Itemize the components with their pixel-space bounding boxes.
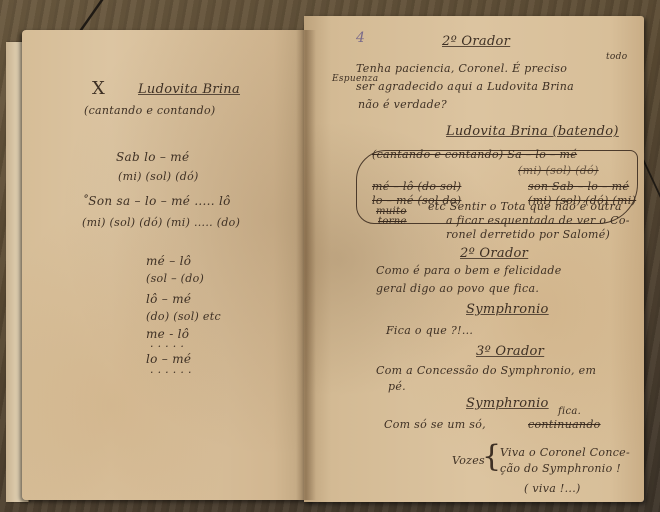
paragraph-line: pé. xyxy=(388,380,406,393)
lyric-line: ˚Son sa – lo – mé ..... lô xyxy=(82,194,231,208)
paragraph-line: ser agradecido aqui a Ludovita Brina xyxy=(356,80,574,93)
struck-line: mé – lô (do sol) xyxy=(372,180,461,193)
heading-symphronio: Symphronio xyxy=(466,302,549,317)
paragraph-line: Com a Concessão do Symphronio, em xyxy=(376,364,596,377)
heading-3o-orador: 3º Orador xyxy=(476,344,544,359)
struck-line: (mi) (sol) (dó) xyxy=(518,164,599,177)
struck-line: (cantando e contando) Sa – lo – mé xyxy=(372,148,577,161)
heading-symphronio-second: Symphronio xyxy=(466,396,549,411)
dialogue-line: Fica o que ?!... xyxy=(386,324,473,337)
solfege-line: (mi) (sol) (dó) (mi) ..... (do) xyxy=(82,216,240,229)
struck-line: torne xyxy=(378,216,407,227)
solfege-line: (mi) (sol) (dó) xyxy=(118,170,199,183)
heading-ludovita: Ludovita Brina (batendo) xyxy=(446,124,619,139)
book-gutter xyxy=(296,30,316,500)
aside-label: Vozes xyxy=(452,454,485,467)
paragraph-line: Como é para o bem e felicidade xyxy=(376,264,562,277)
aside-line: Viva o Coronel Conce- xyxy=(500,446,630,459)
lyric-line: me - lô xyxy=(146,327,189,341)
cross-mark: X xyxy=(92,78,105,99)
struck-line: son Sab – lo – mé xyxy=(528,180,629,193)
insert-word: fica. xyxy=(558,406,581,417)
struck-word: continuando xyxy=(528,418,601,431)
table-crack xyxy=(79,0,103,30)
aside-line: ção do Symphronio ! xyxy=(500,462,621,475)
brace-mark: { xyxy=(482,442,501,472)
stage-direction: (cantando e contando) xyxy=(84,104,216,117)
paragraph-line: geral digo ao povo que fica. xyxy=(376,282,539,295)
lyric-line: Sab lo – mé xyxy=(116,150,189,164)
heading-2o-orador: 2º Orador xyxy=(442,34,510,49)
circled-note-line: etc Sentir o Tota que não é outra xyxy=(428,200,622,213)
solfege-line: (sol – (do) xyxy=(146,272,204,285)
heading-2o-orador-second: 2º Orador xyxy=(460,246,528,261)
lyric-line: lô – mé xyxy=(146,292,191,306)
circled-note-line: a ficar esquentada de ver o Co- xyxy=(446,214,630,227)
solfege-line: (do) (sol) etc xyxy=(146,310,221,323)
circled-note-line: ronel derretido por Salomé) xyxy=(446,228,610,241)
lyric-line: lo – mé xyxy=(146,352,191,366)
lyric-line: mé – lô xyxy=(146,254,191,268)
paragraph-line: Tenha paciencia, Coronel. É preciso xyxy=(356,62,567,75)
insert-above: todo xyxy=(606,52,627,62)
left-heading: Ludovita Brina xyxy=(138,82,240,97)
paragraph-line: não é verdade? xyxy=(358,98,447,111)
dialogue-line: Com só se um só, xyxy=(384,418,486,431)
aside-line: ( viva !...) xyxy=(524,482,581,495)
pencil-page-mark: 4 xyxy=(356,30,365,46)
dots-line: · · · · · · xyxy=(150,366,192,379)
